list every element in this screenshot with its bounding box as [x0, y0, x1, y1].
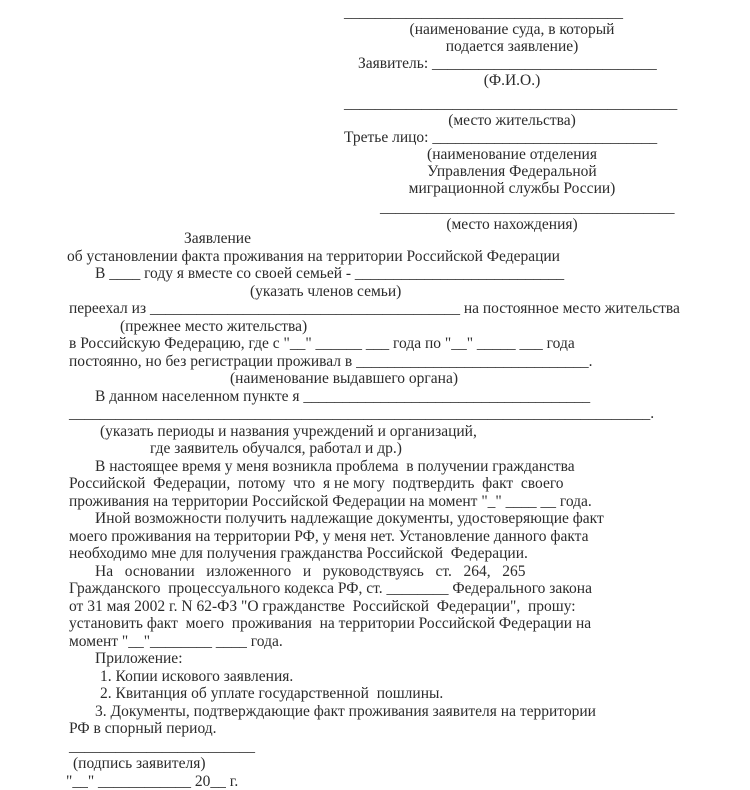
- doc-title-line-1: Заявление: [0, 230, 750, 248]
- period-line: в Российскую Федерацию, где с "__" _____…: [0, 335, 750, 353]
- request-line-1: установить факт моего проживания на терр…: [0, 615, 750, 633]
- location-blank: ______________________________________: [344, 199, 680, 216]
- attachment-item-1: 1. Копии искового заявления.: [0, 668, 750, 686]
- periods-caption-2: где заявитель обучался, работал и др.): [0, 440, 750, 458]
- no-documents-line-1: Иной возможности получить надлежащие док…: [0, 510, 750, 528]
- no-registration-line: постоянно, но без регистрации проживал в…: [0, 353, 750, 371]
- family-move-line: В ____ году я вместе со своей семьей - _…: [0, 265, 750, 283]
- third-party-line: Третье лицо: ___________________________…: [344, 129, 680, 146]
- signature-caption: (подпись заявителя): [0, 755, 750, 773]
- court-name-caption-1: (наименование суда, в который: [344, 21, 680, 38]
- problem-paragraph-line-1: В настоящее время у меня возникла пробле…: [0, 458, 750, 476]
- document-header-block: ____________________________________ (на…: [344, 4, 680, 233]
- problem-paragraph-line-2: Российской Федерации, потому что я не мо…: [0, 475, 750, 493]
- signature-date-line: "__" ____________ 20__ г.: [0, 773, 750, 790]
- signature-blank: ________________________: [0, 738, 750, 756]
- legal-basis-line-2: Гражданского процессуального кодекса РФ,…: [0, 580, 750, 598]
- no-documents-line-3: необходимо мне для получения гражданства…: [0, 545, 750, 563]
- third-party-caption-2: Управления Федеральной: [344, 163, 680, 180]
- settlement-blank-line: ________________________________________…: [0, 405, 750, 423]
- document-page: ____________________________________ (на…: [0, 0, 750, 790]
- periods-caption-1: (указать периоды и названия учреждений и…: [0, 423, 750, 441]
- attachment-item-3-line-2: РФ в спорный период.: [0, 720, 750, 738]
- third-party-caption-3: миграционной службы России): [344, 180, 680, 197]
- doc-title-line-2: об установлении факта проживания на терр…: [0, 248, 750, 266]
- family-members-caption: (указать членов семьи): [0, 283, 750, 301]
- attachment-item-3-line-1: 3. Документы, подтверждающие факт прожив…: [0, 703, 750, 721]
- no-documents-line-2: моего проживания на территории РФ, у мен…: [0, 528, 750, 546]
- court-name-caption-2: подается заявление): [344, 38, 680, 55]
- applicant-fio-caption: (Ф.И.О.): [344, 72, 680, 89]
- court-name-blank: ____________________________________: [344, 4, 680, 21]
- applicant-line: Заявитель: _____________________________: [344, 55, 680, 72]
- legal-basis-line-3: от 31 мая 2002 г. N 62-ФЗ "О гражданстве…: [0, 598, 750, 616]
- moved-from-line: переехал из ____________________________…: [0, 300, 750, 318]
- attachment-item-2: 2. Квитанция об уплате государственной п…: [0, 685, 750, 703]
- residence-blank: ________________________________________…: [344, 95, 680, 112]
- settlement-line: В данном населенном пункте я ___________…: [0, 388, 750, 406]
- request-line-2: момент "__"________ ____ года.: [0, 633, 750, 651]
- problem-paragraph-line-3: проживания на территории Российской Феде…: [0, 493, 750, 511]
- legal-basis-line-1: На основании изложенного и руководствуяс…: [0, 563, 750, 581]
- attachments-label: Приложение:: [0, 650, 750, 668]
- residence-caption: (место жительства): [344, 112, 680, 129]
- previous-residence-caption: (прежнее место жительства): [0, 318, 750, 336]
- issuing-authority-caption: (наименование выдавшего органа): [0, 370, 750, 388]
- document-body: Заявление об установлении факта проживан…: [0, 230, 750, 790]
- third-party-caption-1: (наименование отделения: [344, 146, 680, 163]
